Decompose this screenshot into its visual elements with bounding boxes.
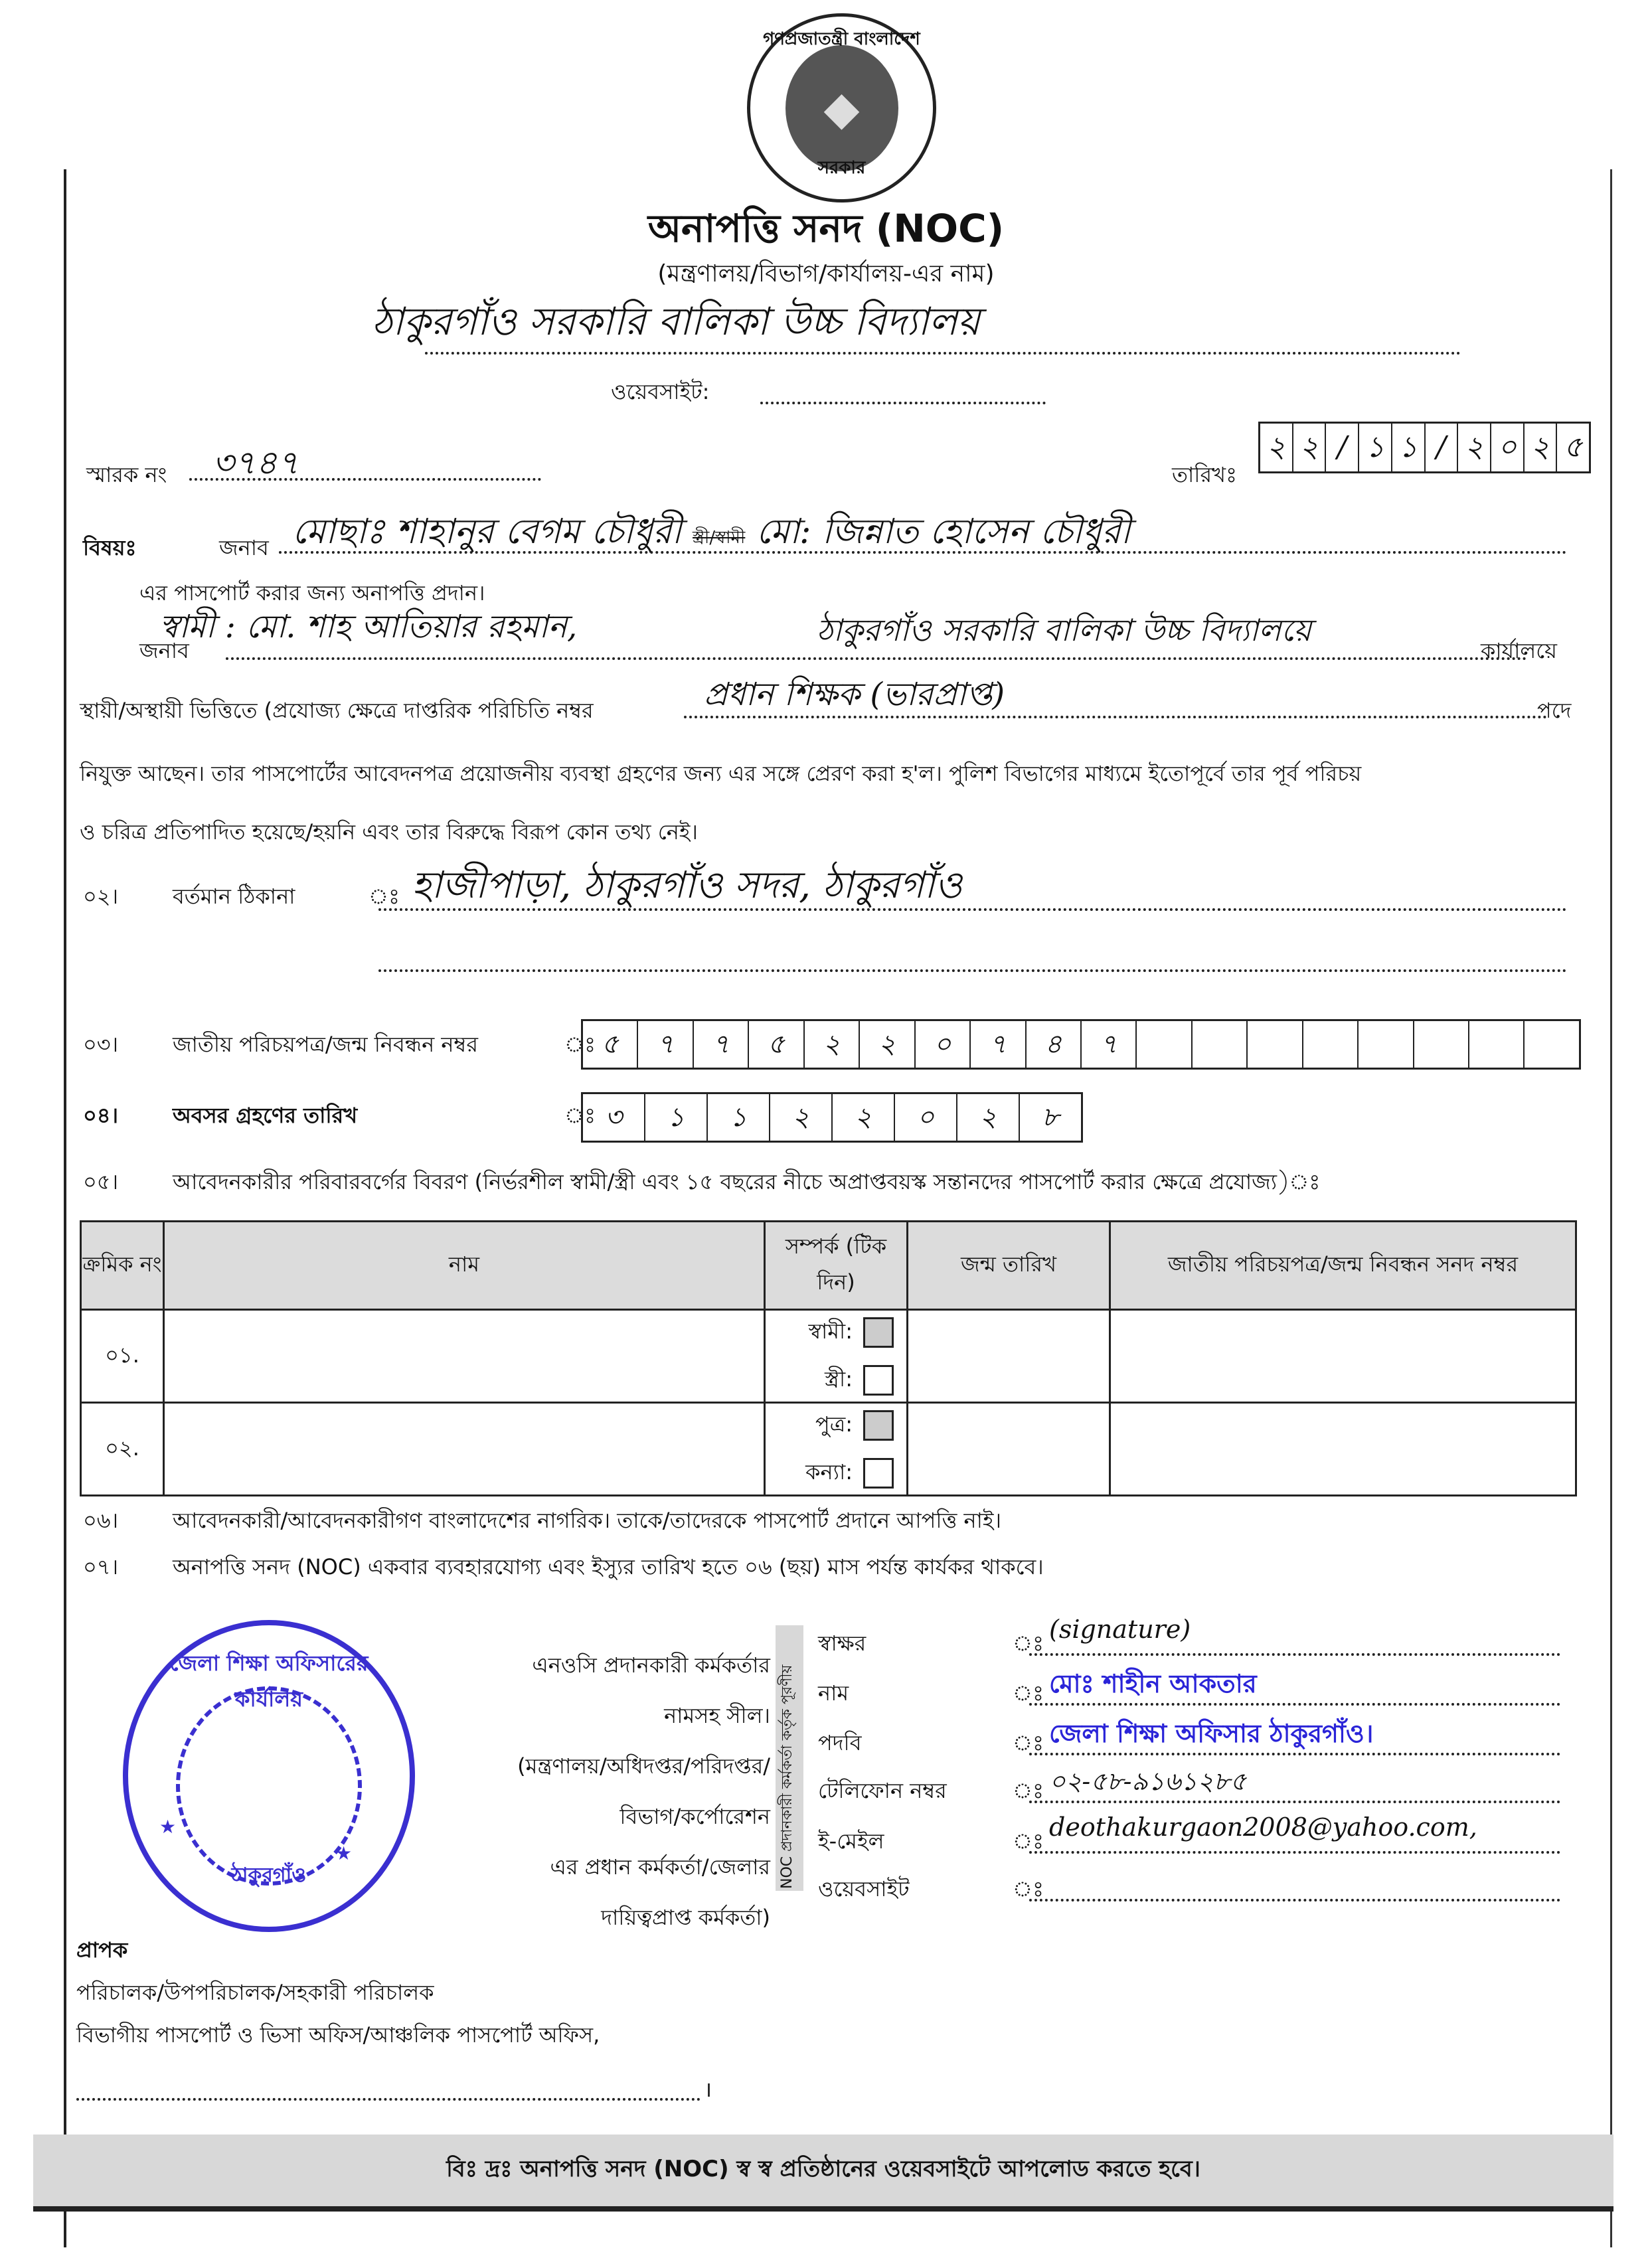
name-cell[interactable] [164,1403,765,1496]
issuer-field-colon: ঃ [1013,1676,1044,1712]
retirement-label: অবসর গ্রহণের তারিখ [173,1099,357,1135]
nid-cell[interactable] [1469,1021,1525,1068]
memo-label: স্মারক নং [86,458,167,494]
date-cell[interactable]: / [1426,424,1459,471]
nid-cell[interactable] [1137,1021,1192,1068]
page-border-right [1610,169,1612,2247]
memo-value[interactable]: ৩৭৪৭ [212,438,299,493]
office-name-line [425,352,1461,355]
issuer-field-colon: ঃ [1013,1726,1044,1762]
recipient-label: প্রাপক [76,1929,600,1971]
issuer-field-value: জেলা শিক্ষা অফিসার ঠাকুরগাঁও। [1049,1714,1373,1757]
applicant-name: মোছাঃ শাহানুর বেগম চৌধুরী [292,512,682,552]
issuer-field-colon: ঃ [1013,1774,1044,1810]
body-paragraph-2: ও চরিত্র প্রতিপাদিত হয়েছে/হয়নি এবং তার… [80,815,698,851]
retirement-cell[interactable]: ৮ [1020,1094,1081,1141]
permanent-label: স্থায়ী/অস্থায়ী ভিত্তিতে (প্রযোজ্য ক্ষে… [80,694,594,730]
serial-cell: ০১. [81,1310,164,1403]
recipient-address-field[interactable] [76,2098,701,2101]
date-cell[interactable]: ০ [1491,424,1525,471]
issuer-field-label: ই-মেইল [818,1824,884,1860]
relation-option-label: পুত্র: [815,1408,853,1443]
nid-field[interactable]: ৫৭৭৫২২০৭৪৭ [581,1019,1581,1070]
subject-label: বিষয়ঃ [83,531,137,567]
relation-option-label: কন্যা: [805,1455,853,1491]
seal-label-line: এর প্রধান কর্মকর্তা/জেলার [412,1842,770,1892]
relation-checkbox[interactable] [863,1458,894,1489]
nid-cell[interactable]: ২ [805,1021,860,1068]
husband-note: স্বামী : মো. শাহ আতিয়ার রহমান, [159,603,577,655]
nid-cell[interactable] [1359,1021,1414,1068]
issuer-field-colon: ঃ [1013,1872,1044,1908]
item-07-number: ০৭। [83,1550,118,1586]
nid-cell[interactable] [1248,1021,1303,1068]
nid-cell[interactable] [1110,1310,1576,1403]
post-line [684,716,1547,718]
nid-cell[interactable]: ৭ [971,1021,1026,1068]
bangladesh-map-icon: ◆ [785,45,898,171]
recipient-block: প্রাপক পরিচালক/উপপরিচালক/সহকারী পরিচালক … [76,1929,600,2056]
footer-note: বিঃ দ্রঃ অনাপত্তি সনদ (NOC) স্ব স্ব প্রত… [33,2135,1613,2212]
retirement-cell[interactable]: ০ [895,1094,957,1141]
serial-cell: ০২. [81,1403,164,1496]
applicant-line [279,551,1567,554]
date-cell[interactable]: ২ [1458,424,1491,471]
nid-cell[interactable] [1110,1403,1576,1496]
date-cell[interactable]: ২ [1293,424,1327,471]
date-cell[interactable]: ১ [1359,424,1392,471]
website-label: ওয়েবসাইট: [611,375,709,411]
header-dob: জন্ম তারিখ [908,1222,1110,1310]
family-table: ক্রমিক নং নাম সম্পর্ক (টিক দিন) জন্ম তার… [80,1220,1577,1496]
item-04-number: ০৪। [83,1099,118,1135]
emblem-top-text: গণপ্রজাতন্ত্রী বাংলাদেশ [757,25,926,54]
issuer-field-line[interactable] [1029,1851,1560,1854]
issuer-field-value: মোঃ শাহীন আকতার [1049,1664,1257,1707]
header-relation: সম্পর্ক (টিক দিন) [765,1222,908,1310]
header-nid: জাতীয় পরিচয়পত্র/জন্ম নিবন্ধন সনদ নম্বর [1110,1222,1576,1310]
janab-label: জনাব [219,531,269,567]
issuer-field-line[interactable] [1029,1899,1560,1901]
office-suffix: কার্যালয়ে [1481,634,1557,670]
page-border-left [64,169,66,2247]
date-field[interactable]: ২২/১১/২০২৫ [1258,422,1591,473]
retirement-date-field[interactable]: ৩১১২২০২৮ [581,1092,1083,1143]
relation-cell: পুত্র:কন্যা: [765,1403,908,1496]
relation-checkbox[interactable] [863,1317,894,1348]
family-label: আবেদনকারীর পরিবারবর্গের বিবরণ (নির্ভরশীল… [173,1165,1320,1201]
address-line-2[interactable] [378,969,1567,972]
nid-cell[interactable] [1193,1021,1248,1068]
item-03-number: ০৩। [83,1028,118,1064]
office-line [226,657,1527,660]
nid-cell[interactable]: ০ [916,1021,971,1068]
issuer-field-label: পদবি [818,1726,862,1762]
address-label: বর্তমান ঠিকানা [173,880,295,916]
date-cell[interactable]: / [1326,424,1359,471]
retirement-cell[interactable]: ১ [645,1094,708,1141]
item-05-number: ০৫। [83,1165,118,1201]
issuer-field-label: টেলিফোন নম্বর [818,1774,947,1810]
issuer-field-label: স্বাক্ষর [818,1627,866,1662]
seal-label-line: নামসহ সীল। [412,1690,770,1741]
relation-checkbox[interactable] [863,1365,894,1396]
website-field[interactable] [760,402,1046,404]
header-name: নাম [164,1222,765,1310]
issuer-field-label: ওয়েবসাইট [818,1872,910,1908]
nid-cell[interactable] [1414,1021,1469,1068]
relation-printed: স্ত্রী/স্বামী [693,528,745,548]
retirement-cell[interactable]: ৩ [583,1094,645,1141]
body-paragraph-1: নিযুক্ত আছেন। তার পাসপোর্টের আবেদনপত্র প… [80,757,1580,793]
issuer-field-line[interactable] [1029,1653,1560,1656]
nid-label: জাতীয় পরিচয়পত্র/জন্ম নিবন্ধন নম্বর [173,1028,478,1064]
issuer-field-colon: ঃ [1013,1627,1044,1662]
post-suffix: পদে [1537,694,1571,730]
item-02-number: ০২। [83,880,118,916]
seal-label-line: এনওসি প্রদানকারী কর্মকর্তার [412,1640,770,1690]
item-06-number: ০৬। [83,1504,118,1540]
seal-label-line: বিভাগ/কর্পোরেশন [412,1791,770,1842]
dob-cell[interactable] [908,1403,1110,1496]
nid-cell[interactable]: ৫ [583,1021,638,1068]
page-subtitle: (মন্ত্রণালয়/বিভাগ/কার্যালয়-এর নাম) [0,256,1652,295]
issuer-field-value: ০২-৫৮-৯১৬১২৮৫ [1049,1762,1246,1805]
nid-cell[interactable]: ৭ [694,1021,749,1068]
table-row: ০১.স্বামী:স্ত্রী: [81,1310,1576,1403]
date-cell[interactable]: ২ [1525,424,1558,471]
recipient-line-end: । [704,2075,712,2103]
nid-cell[interactable]: ২ [860,1021,915,1068]
nid-cell[interactable] [1525,1021,1578,1068]
recipient-line-2: বিভাগীয় পাসপোর্ট ও ভিসা অফিস/আঞ্চলিক পা… [76,2014,600,2056]
seal-label-block: এনওসি প্রদানকারী কর্মকর্তারনামসহ সীল।(মন… [412,1640,770,1943]
emblem-bottom-text: সরকার [757,154,926,183]
date-cell[interactable]: ১ [1392,424,1426,471]
date-label: তারিখঃ [1172,458,1237,494]
retirement-cell[interactable]: ২ [833,1094,895,1141]
retirement-cell[interactable]: ২ [957,1094,1020,1141]
star-icon: ★ [159,1816,176,1838]
name-cell[interactable] [164,1310,765,1403]
star-icon: ★ [335,1842,352,1864]
nid-cell[interactable]: ৭ [638,1021,693,1068]
citizen-text: আবেদনকারী/আবেদনকারীগণ বাংলাদেশের নাগরিক।… [173,1504,1001,1540]
header-serial: ক্রমিক নং [81,1222,164,1310]
date-cell[interactable]: ২ [1260,424,1293,471]
date-cell[interactable]: ৫ [1557,424,1589,471]
vertical-note: NOC প্রদানকারী কর্মকর্তা কর্তৃক পূরণীয় [776,1623,800,1889]
validity-text: অনাপত্তি সনদ (NOC) একবার ব্যবহারযোগ্য এব… [173,1550,1044,1586]
memo-line [189,478,541,481]
seal-top-text: জেলা শিক্ষা অফিসারের কার্যালয় [159,1647,378,1718]
dob-cell[interactable] [908,1310,1110,1403]
address-line-1 [378,908,1567,911]
office-name-field[interactable]: ঠাকুরগাঁও সরকারি বালিকা উচ্চ বিদ্যালয় [372,292,1461,357]
issuer-field-colon: ঃ [1013,1824,1044,1860]
relation-option-label: স্বামী: [809,1315,853,1350]
relation-checkbox[interactable] [863,1410,894,1441]
relation-cell: স্বামী:স্ত্রী: [765,1310,908,1403]
retirement-cell[interactable]: ২ [770,1094,833,1141]
issuer-field-value: deothakurgaon2008@yahoo.com, [1049,1813,1477,1842]
issuer-field-label: নাম [818,1676,849,1712]
nid-cell[interactable]: ৭ [1082,1021,1137,1068]
retirement-cell[interactable]: ১ [708,1094,770,1141]
page-title: অনাপত্তি সনদ (NOC) [0,199,1652,264]
nid-cell[interactable]: ৪ [1027,1021,1082,1068]
table-row: ০২.পুত্র:কন্যা: [81,1403,1576,1496]
janab2-label: জনাব [139,634,189,670]
seal-label-line: (মন্ত্রণালয়/অধিদপ্তর/পরিদপ্তর/ [412,1741,770,1791]
relation-name: মো: জিন্নাত হোসেন চৌধুরী [756,512,1131,552]
office-field[interactable]: ঠাকুরগাঁও সরকারি বালিকা উচ্চ বিদ্যালয়ে [817,607,1311,658]
nid-cell[interactable]: ৫ [749,1021,804,1068]
recipient-line-1: পরিচালক/উপপরিচালক/সহকারী পরিচালক [76,1971,600,2014]
relation-option-label: স্ত্রী: [825,1362,853,1398]
nid-cell[interactable] [1303,1021,1359,1068]
issuer-field-value: (signature) [1049,1615,1191,1644]
